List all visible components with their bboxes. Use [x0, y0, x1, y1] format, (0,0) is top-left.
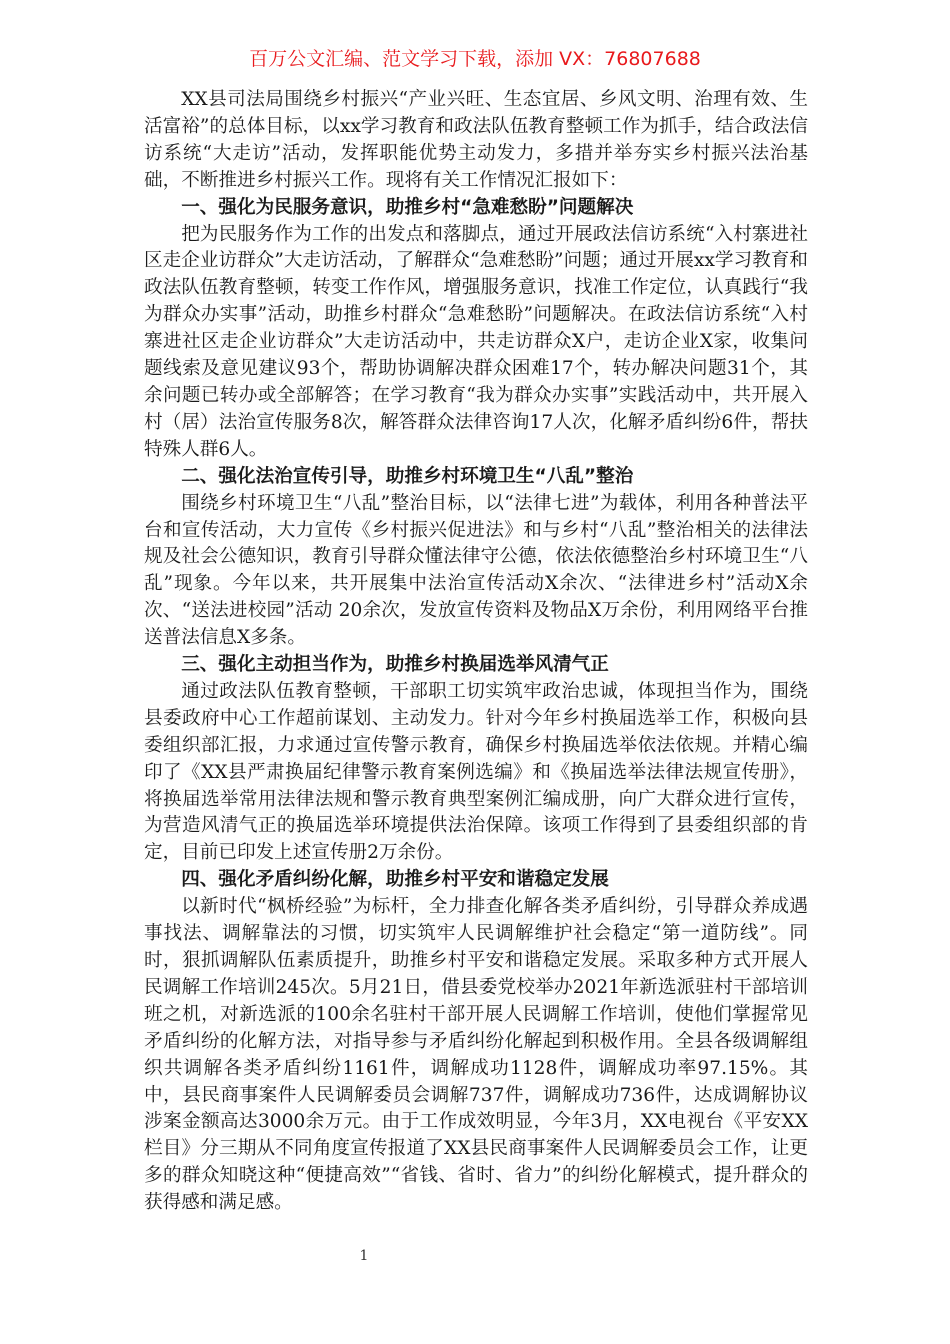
document-body: XX县司法局围绕乡村振兴“产业兴旺、生态宜居、乡风文明、治理有效、生活富裕”的总… [144, 87, 808, 1217]
section-body-2: 围绕乡村环境卫生“八乱”整治目标，以“法律七进”为载体，利用各种普法平台和宣传活… [144, 491, 808, 652]
section-heading-1: 一、强化为民服务意识，助推乡村“急难愁盼”问题解决 [144, 195, 808, 222]
section-body-3: 通过政法队伍教育整顿，干部职工切实筑牢政治忠诚，体现担当作为，围绕县委政府中心工… [144, 679, 808, 867]
watermark-header: 百万公文汇编、范文学习下载，添加 VX：76807688 [0, 46, 950, 72]
section-heading-3: 三、强化主动担当作为，助推乡村换届选举风清气正 [144, 652, 808, 679]
section-body-4: 以新时代“枫桥经验”为标杆，全力排查化解各类矛盾纠纷，引导群众养成遇事找法、调解… [144, 894, 808, 1217]
section-heading-2: 二、强化法治宣传引导，助推乡村环境卫生“八乱”整治 [144, 464, 808, 491]
section-heading-4: 四、强化矛盾纠纷化解，助推乡村平安和谐稳定发展 [144, 867, 808, 894]
intro-paragraph: XX县司法局围绕乡村振兴“产业兴旺、生态宜居、乡风文明、治理有效、生活富裕”的总… [144, 87, 808, 195]
section-body-1: 把为民服务作为工作的出发点和落脚点，通过开展政法信访系统“入村寨进社区走企业访群… [144, 222, 808, 464]
page-number: 1 [358, 1248, 370, 1264]
